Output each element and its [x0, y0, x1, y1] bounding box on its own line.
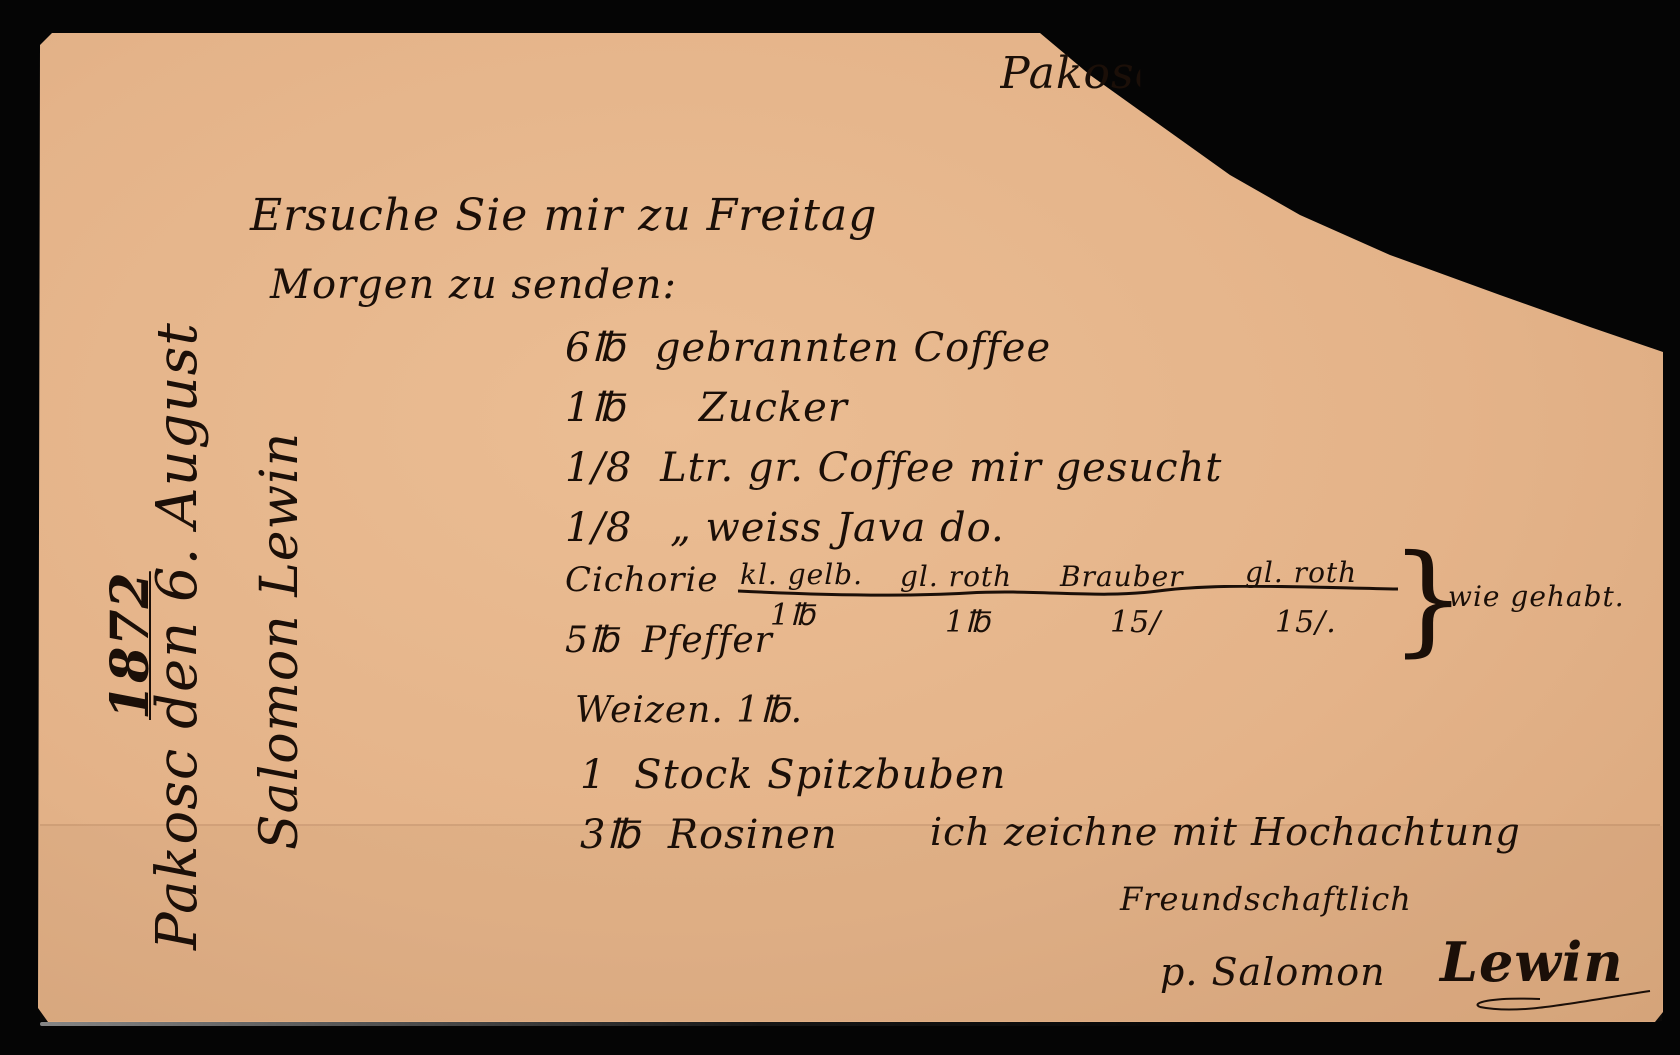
item-qty: 5℔ [565, 620, 619, 661]
list-item: 1/8 Ltr. gr. Coffee mir gesucht [565, 445, 1222, 491]
bracket-note: wie gehabt. [1448, 580, 1625, 613]
intro-line-1: Ersuche Sie mir zu Freitag [250, 190, 877, 241]
signature-prefix: p. Salomon [1160, 950, 1386, 994]
item-text: Cichorie [565, 560, 719, 600]
intro-line-2: Morgen zu senden: [270, 262, 677, 308]
edge-glare [40, 1022, 1240, 1026]
list-item: Weizen. 1℔. [575, 690, 803, 731]
chicory-amount: 15/. [1275, 605, 1337, 640]
place-fragment: Pakosc [1000, 48, 1160, 99]
chicory-amount: 1℔ [945, 605, 991, 640]
sender-name: Salomon Lewin [250, 432, 310, 850]
item-text: Stock Spitzbuben [634, 752, 1006, 798]
list-item: 1/8 „ weiss Java do. [565, 505, 1005, 551]
list-item: 1℔ Zucker [565, 385, 848, 431]
lower-shading [40, 826, 1662, 1021]
item-text: Weizen. 1℔. [575, 690, 803, 731]
item-text: gebrannten Coffee [655, 325, 1051, 371]
item-text: Rosinen [668, 812, 838, 858]
item-qty: 1℔ [565, 385, 625, 431]
item-qty: 1/8 [565, 505, 632, 551]
dateline: Pakosc den 6. August [145, 322, 210, 950]
list-item: 6℔ gebrannten Coffee [565, 325, 1051, 371]
chicory-amount: 1℔ [770, 598, 816, 633]
list-item: Cichorie [565, 560, 719, 600]
item-qty: 1/8 [565, 445, 632, 491]
item-text: Zucker [699, 385, 848, 431]
list-item: 5℔ Pfeffer [565, 620, 773, 661]
item-text: „ weiss Java do. [670, 505, 1005, 551]
item-text: Pfeffer [642, 620, 773, 661]
item-qty: 6℔ [565, 325, 625, 371]
list-item: 3℔ Rosinen [580, 812, 838, 858]
closing-line-2: Freundschaftlich [1120, 880, 1412, 918]
chicory-amount: 15/ [1110, 605, 1161, 640]
closing-line-1: ich zeichne mit Hochachtung [930, 810, 1521, 854]
item-qty: 3℔ [580, 812, 640, 858]
item-qty: 1 [580, 752, 606, 798]
underline-stroke [738, 585, 1398, 599]
item-text: Ltr. gr. Coffee mir gesucht [660, 445, 1222, 491]
list-item: 1 Stock Spitzbuben [580, 752, 1006, 798]
signature-flourish [1460, 985, 1660, 1015]
